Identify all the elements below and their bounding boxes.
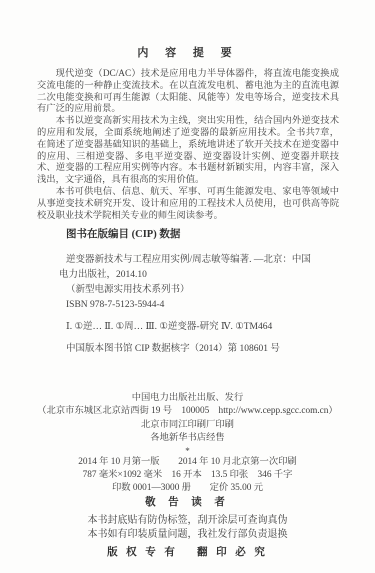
notice-title: 敬 告 读 者 bbox=[0, 494, 375, 509]
edition-line: 2014 年 10 月第一版 2014 年 10 月北京第一次印刷 bbox=[0, 456, 375, 469]
summary-title: 内 容 提 要 bbox=[37, 44, 339, 60]
summary-paragraph: 本书以逆变高新实用技术为主线，突出实用性，结合国内外逆变技术的应用和发展，全面系… bbox=[37, 116, 339, 187]
format-line: 787 毫米×1092 毫米 16 开本 13.5 印张 346 千字 bbox=[0, 469, 375, 482]
cip-series-line: （新型电源实用技术系列书） bbox=[66, 283, 339, 298]
cip-title-line-continued: 电力出版社，2014.10 bbox=[59, 268, 339, 283]
copyright-notice: 版 权 专 有 翻 印 必 究 bbox=[0, 544, 375, 559]
notice-line: 本书如有印装质量问题，我社发行部负责退换 bbox=[0, 528, 375, 542]
publisher-section: 中国电力出版社出版、发行 （北京市东城区北京站西街 19 号 100005 ht… bbox=[0, 392, 375, 496]
cip-section: 图书在版编目 (CIP) 数据 逆变器新技术与工程应用实例/周志敏等编著. —北… bbox=[66, 226, 339, 357]
printer-line: 北京市同江印刷厂印刷 bbox=[0, 419, 375, 432]
distributor-line: 各地新华书店经售 bbox=[0, 432, 375, 445]
cip-record-line: 中国版本图书馆 CIP 数据核字（2014）第 108601 号 bbox=[66, 342, 339, 357]
book-copyright-page: 内 容 提 要 现代逆变（DC/AC）技术是应用电力半导体器件，将直流电能变换成… bbox=[0, 0, 375, 573]
cip-isbn-line: ISBN 978-7-5123-5944-4 bbox=[66, 298, 339, 313]
cip-classification-line: Ⅰ. ①逆… Ⅱ. ①周… Ⅲ. ①逆变器-研究 Ⅳ. ①TM464 bbox=[66, 320, 339, 335]
notice-section: 敬 告 读 者 本书封底贴有防伪标签，刮开涂层可查询真伪 本书如有印装质量问题，… bbox=[0, 494, 375, 559]
summary-paragraph: 现代逆变（DC/AC）技术是应用电力半导体器件，将直流电能变换成交流电能的一种静… bbox=[37, 69, 339, 116]
notice-line: 本书封底贴有防伪标签，刮开涂层可查询真伪 bbox=[0, 514, 375, 528]
publisher-address-line: （北京市东城区北京站西街 19 号 100005 http://www.cepp… bbox=[0, 405, 375, 418]
summary-paragraph: 本书可供电信、信息、航天、军事、可再生能源发电、家电等领域中从事逆变技术研究开发… bbox=[37, 187, 339, 222]
star-divider: * bbox=[0, 446, 375, 456]
publisher-name-line: 中国电力出版社出版、发行 bbox=[0, 392, 375, 405]
cip-title-line: 逆变器新技术与工程应用实例/周志敏等编著. —北京：中国 bbox=[66, 253, 339, 268]
content-summary-section: 内 容 提 要 现代逆变（DC/AC）技术是应用电力半导体器件，将直流电能变换成… bbox=[37, 44, 339, 222]
cip-header: 图书在版编目 (CIP) 数据 bbox=[66, 226, 339, 241]
